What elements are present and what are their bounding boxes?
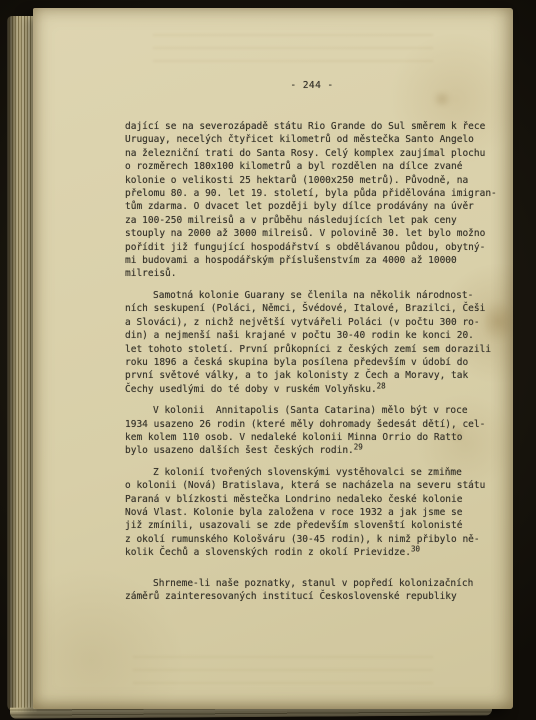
page-text: dající se na severozápadě státu Rio Gran… [125, 120, 503, 611]
paragraph: Z kolonií tvořených slovenskými vystěhov… [125, 466, 503, 560]
showthrough-smudge-top [153, 34, 433, 72]
paragraph-text: dající se na severozápadě státu Rio Gran… [125, 121, 497, 279]
paragraph-text: V kolonii Annitapolis (Santa Catarina) m… [125, 405, 485, 456]
book-page: - 244 - dající se na severozápadě státu … [33, 8, 513, 709]
footnote-ref-30: 30 [411, 545, 420, 554]
book-scan: - 244 - dající se na severozápadě státu … [0, 0, 536, 720]
paragraph-text: Z kolonií tvořených slovenskými vystěhov… [125, 467, 485, 558]
footnote-ref-29: 29 [354, 443, 363, 452]
paragraph: dající se na severozápadě státu Rio Gran… [125, 120, 503, 281]
paragraph: Samotná kolonie Guarany se členila na ně… [125, 289, 503, 396]
paragraph-text: Samotná kolonie Guarany se členila na ně… [125, 290, 491, 395]
showthrough-smudge-bottom [133, 656, 433, 690]
paragraph: Shrneme-li naše poznatky, stanul v popře… [125, 577, 503, 604]
paper-stain [431, 92, 453, 106]
paragraph-text: Shrneme-li naše poznatky, stanul v popře… [125, 578, 473, 602]
page-number: - 244 - [125, 80, 499, 91]
footnote-ref-28: 28 [377, 381, 386, 390]
paragraph: V kolonii Annitapolis (Santa Catarina) m… [125, 404, 503, 458]
